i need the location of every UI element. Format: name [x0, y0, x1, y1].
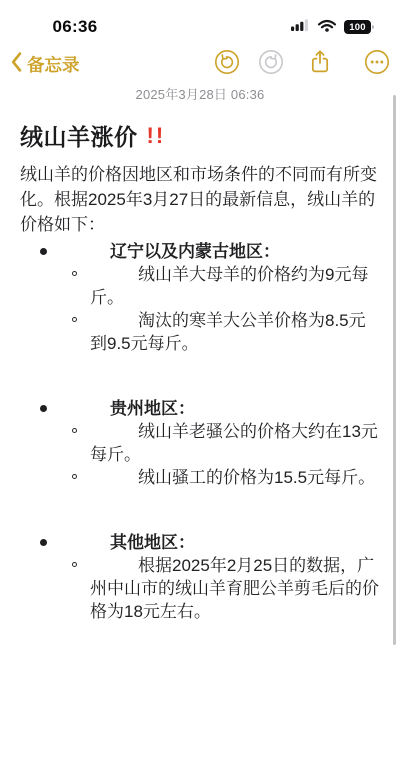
battery-icon: 100: [344, 20, 374, 34]
cellular-signal-icon: [291, 18, 310, 36]
back-button[interactable]: 备忘录: [10, 51, 80, 78]
notes-app-screen: 06:36 100: [0, 0, 400, 782]
list-item: 绒山羊大母羊的价格约为9元每斤。: [20, 263, 380, 309]
open-bullet-icon: [72, 474, 77, 479]
back-button-label: 备忘录: [27, 52, 80, 77]
undo-button[interactable]: [214, 51, 240, 77]
battery-nub: [372, 25, 374, 30]
list-item: 绒山骚工的价格为15.5元每斤。: [20, 466, 380, 489]
filled-bullet-icon: [40, 539, 47, 546]
nav-bar: 备忘录: [0, 42, 400, 86]
list-item-heading: 其他地区：: [20, 531, 380, 554]
status-icons: 100: [291, 18, 374, 37]
note-body[interactable]: 绒山羊涨价 !! 绒山羊的价格因地区和市场条件的不同而有所变化。根据2025年3…: [0, 103, 400, 623]
redo-icon: [258, 49, 284, 80]
list-item-text: 绒山羊大母羊的价格约为9元每斤。: [90, 265, 368, 307]
list-item-text: 绒山羊老骚公的价格大约在13元每斤。: [90, 422, 378, 464]
list-item-heading: 辽宁以及内蒙古地区：: [20, 240, 380, 263]
more-ellipsis-icon: [364, 49, 390, 80]
wifi-icon: [317, 18, 337, 37]
undo-icon: [214, 49, 240, 80]
section-heading: 贵州地区：: [110, 399, 195, 418]
status-time: 06:36: [0, 17, 150, 37]
nav-actions: [214, 51, 390, 77]
list-item: 绒山羊老骚公的价格大约在13元每斤。: [20, 420, 380, 466]
list-item-text: 淘汰的寒羊大公羊价格为8.5元到9.5元每斤。: [90, 311, 366, 353]
list-item-text: 根据2025年2月25日的数据，广州中山市的绒山羊育肥公羊剪毛后的价格为18元左…: [90, 556, 379, 621]
section-heading: 其他地区：: [110, 533, 195, 552]
region-section-liaoning-neimenggu: 辽宁以及内蒙古地区： 绒山羊大母羊的价格约为9元每斤。 淘汰的寒羊大公羊价格为8…: [20, 240, 380, 355]
note-timestamp: 2025年3月28日 06:36: [0, 84, 400, 103]
region-section-other: 其他地区： 根据2025年2月25日的数据，广州中山市的绒山羊育肥公羊剪毛后的价…: [20, 531, 380, 623]
list-item: 淘汰的寒羊大公羊价格为8.5元到9.5元每斤。: [20, 309, 380, 355]
open-bullet-icon: [72, 428, 77, 433]
open-bullet-icon: [72, 317, 77, 322]
note-title-text: 绒山羊涨价: [20, 119, 138, 152]
list-item-heading: 贵州地区：: [20, 397, 380, 420]
share-icon: [308, 48, 332, 81]
chevron-left-icon: [10, 51, 22, 78]
double-exclamation-emphasis: !!: [147, 123, 166, 149]
intro-paragraph: 绒山羊的价格因地区和市场条件的不同而有所变化。根据2025年3月27日的最新信息…: [20, 162, 380, 237]
section-heading: 辽宁以及内蒙古地区：: [110, 242, 280, 261]
open-bullet-icon: [72, 562, 77, 567]
note-title: 绒山羊涨价 !!: [20, 119, 380, 152]
filled-bullet-icon: [40, 248, 47, 255]
battery-level: 100: [344, 20, 371, 34]
share-button[interactable]: [307, 51, 333, 77]
list-item: 根据2025年2月25日的数据，广州中山市的绒山羊育肥公羊剪毛后的价格为18元左…: [20, 554, 380, 623]
filled-bullet-icon: [40, 405, 47, 412]
list-item-text: 绒山骚工的价格为15.5元每斤。: [138, 468, 375, 487]
more-button[interactable]: [364, 51, 390, 77]
scrollbar[interactable]: [393, 95, 396, 645]
open-bullet-icon: [72, 271, 77, 276]
status-bar: 06:36 100: [0, 0, 400, 42]
region-section-guizhou: 贵州地区： 绒山羊老骚公的价格大约在13元每斤。 绒山骚工的价格为15.5元每斤…: [20, 397, 380, 489]
redo-button[interactable]: [258, 51, 284, 77]
